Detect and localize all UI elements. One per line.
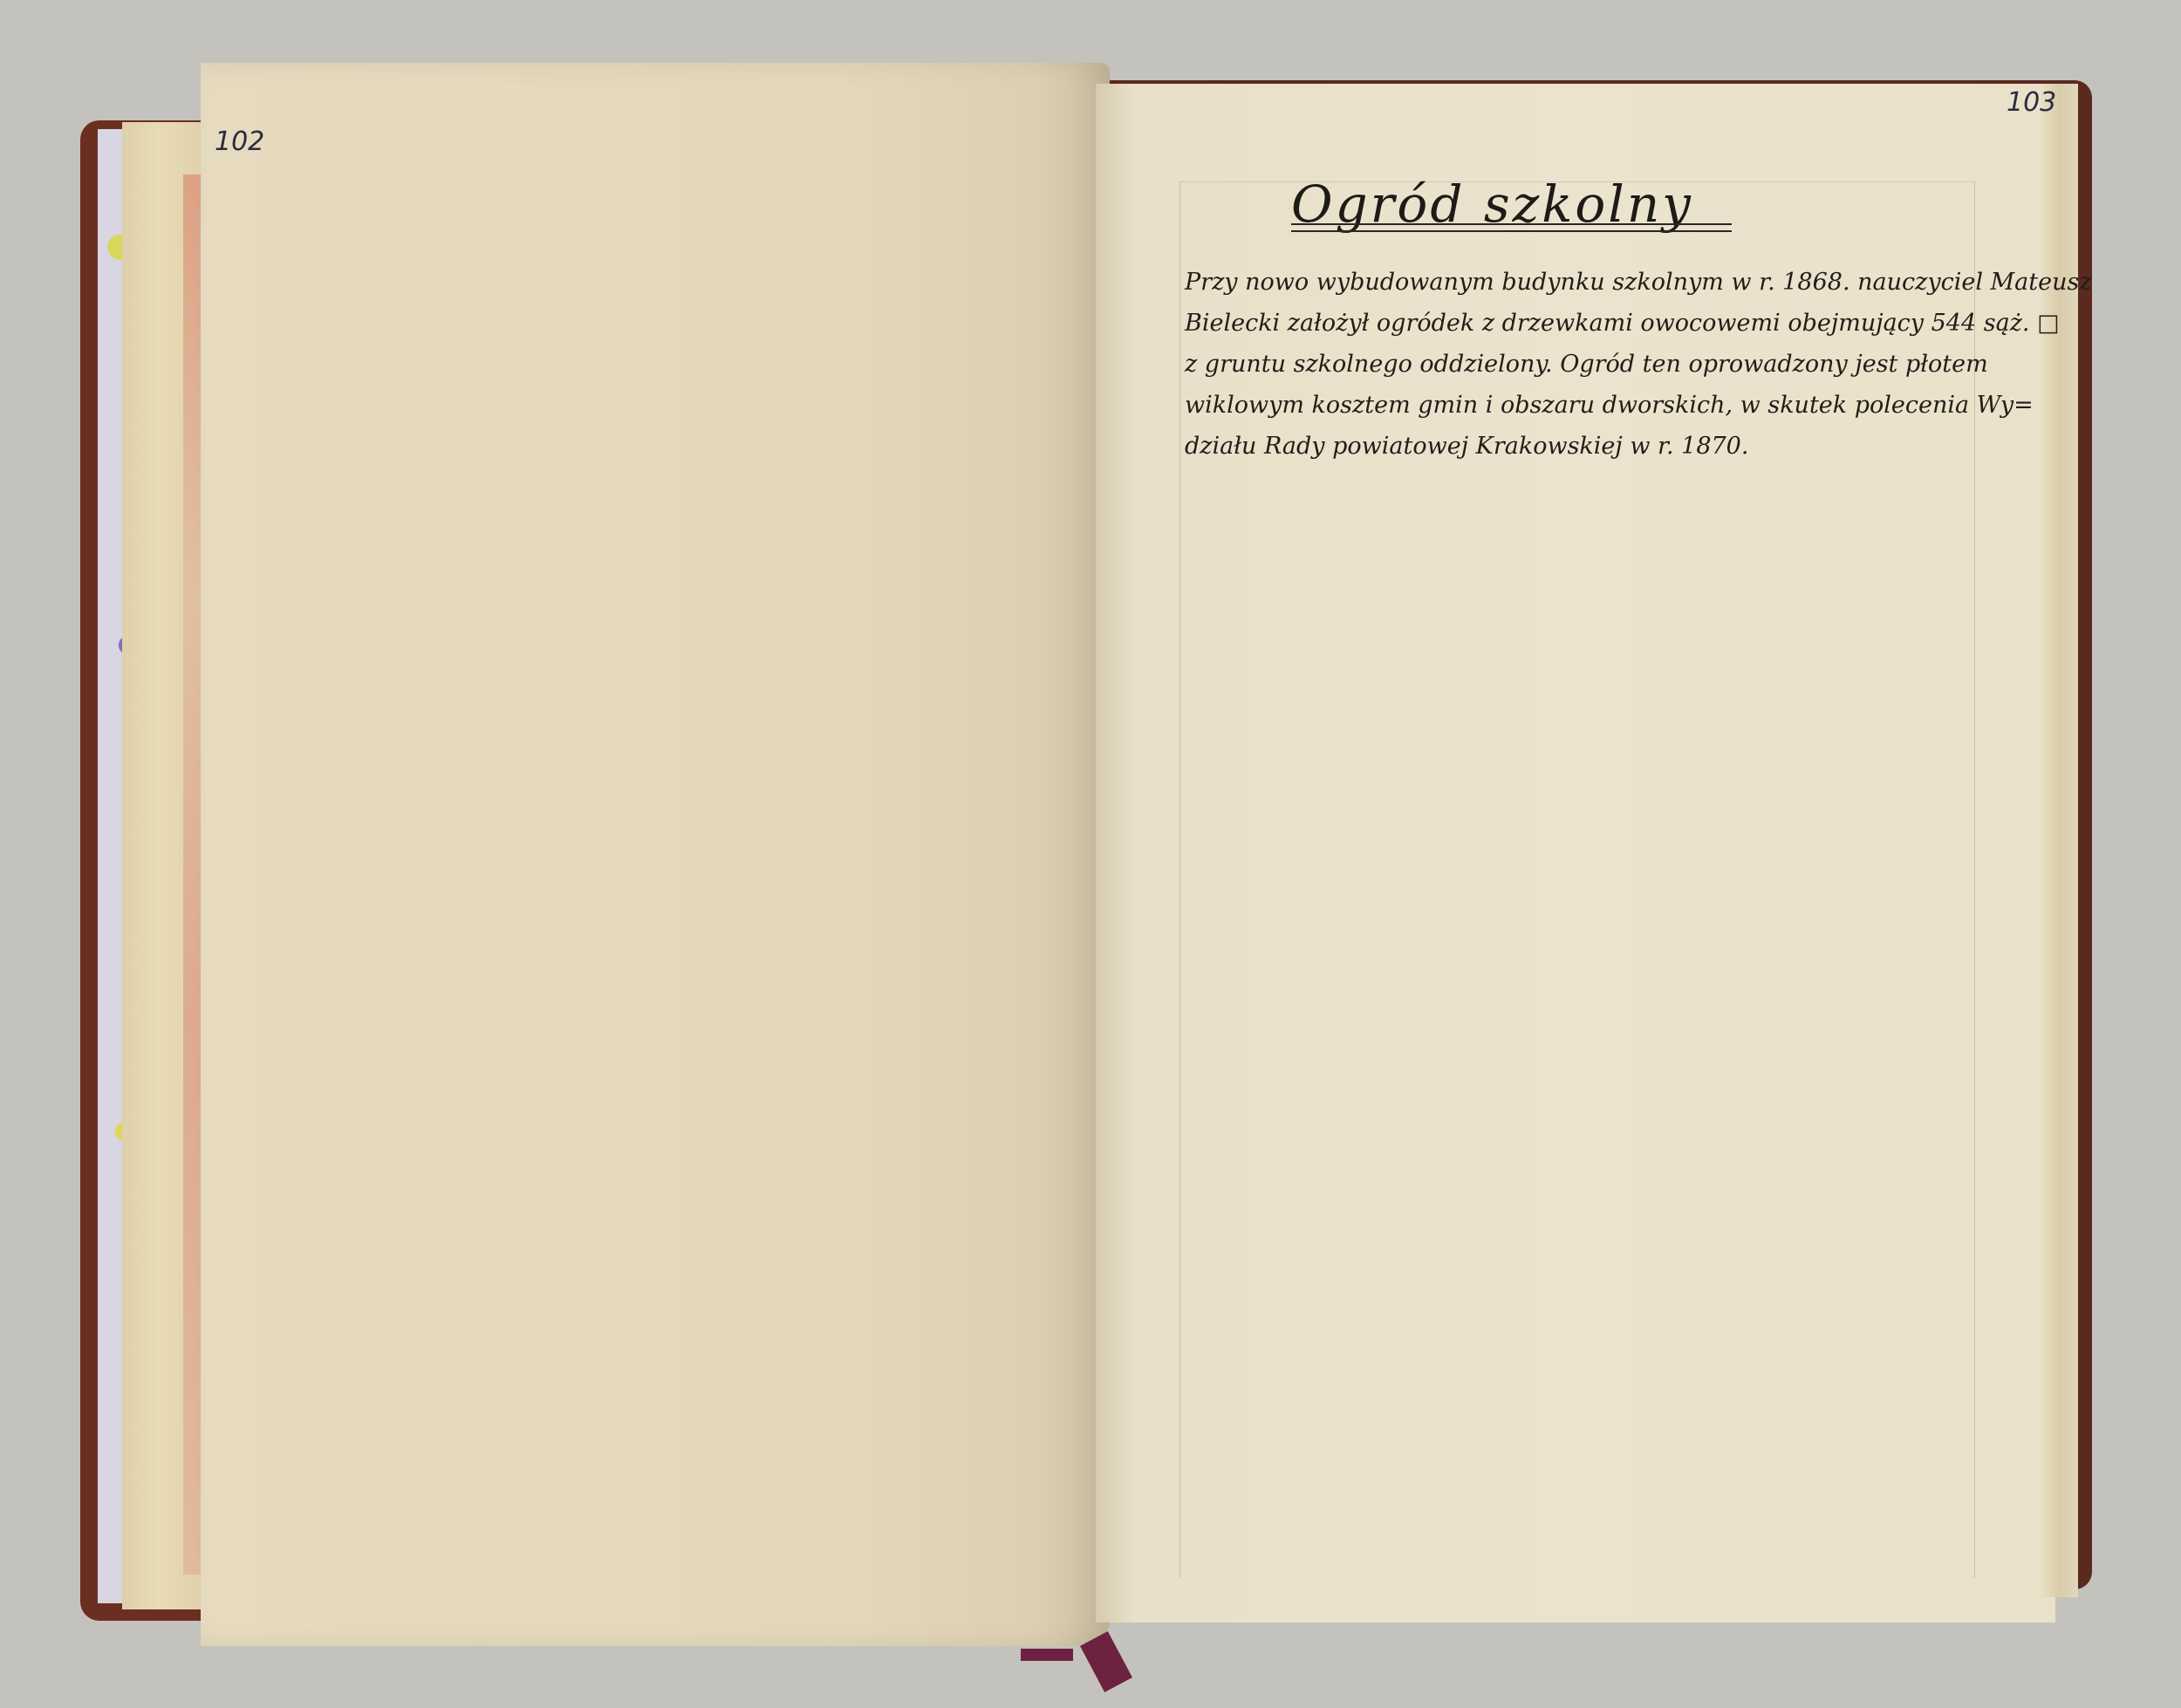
left-page-number: 102 bbox=[215, 126, 264, 157]
handwritten-paragraph: Przy nowo wybudowanym budynku szkolnym w… bbox=[1185, 262, 1987, 467]
text-line: wiklowym kosztem gmin i obszaru dworskic… bbox=[1185, 385, 1987, 426]
red-page-edge bbox=[183, 174, 202, 1575]
title-underline bbox=[1291, 223, 1732, 232]
text-line: z gruntu szkolnego oddzielony. Ogród ten… bbox=[1185, 344, 1987, 385]
bookmark-ribbon-end bbox=[1021, 1649, 1073, 1661]
text-line: Bielecki założył ogródek z drzewkami owo… bbox=[1185, 303, 1987, 344]
book-photograph: 102 103 Ogród szkolny Przy nowo wybudowa… bbox=[0, 0, 2181, 1708]
text-line: działu Rady powiatowej Krakowskiej w r. … bbox=[1185, 426, 1987, 467]
text-line: Przy nowo wybudowanym budynku szkolnym w… bbox=[1185, 262, 1987, 303]
right-page-number: 103 bbox=[2007, 87, 2056, 118]
left-page bbox=[201, 63, 1110, 1646]
